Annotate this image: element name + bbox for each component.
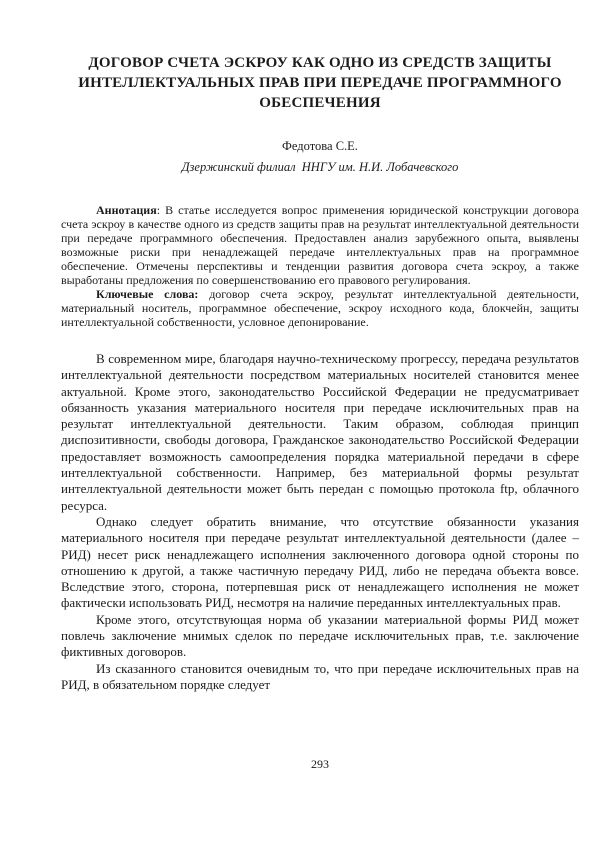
page-number: 293 [61,757,579,771]
body-paragraph: Кроме этого, отсутствующая норма об указ… [61,612,579,661]
abstract-paragraph: Аннотация: В статье исследуется вопрос п… [61,203,579,287]
body-paragraph: Однако следует обратить внимание, что от… [61,514,579,612]
article-body: В современном мире, благодаря научно-тех… [61,351,579,693]
abstract-label: Аннотация [96,203,157,217]
article-title: ДОГОВОР СЧЕТА ЭСКРОУ КАК ОДНО ИЗ СРЕДСТВ… [61,53,579,113]
author-affiliation: Дзержинский филиал ННГУ им. Н.И. Лобачев… [61,157,579,177]
document-page: ДОГОВОР СЧЕТА ЭСКРОУ КАК ОДНО ИЗ СРЕДСТВ… [0,0,595,841]
keywords-label: Ключевые слова: [96,287,198,301]
article-title-line: ИНТЕЛЛЕКТУАЛЬНЫХ ПРАВ ПРИ ПЕРЕДАЧЕ ПРОГР… [61,73,579,93]
abstract-section: Аннотация: В статье исследуется вопрос п… [61,203,579,329]
article-title-line: ДОГОВОР СЧЕТА ЭСКРОУ КАК ОДНО ИЗ СРЕДСТВ… [61,53,579,73]
body-paragraph: Из сказанного становится очевидным то, ч… [61,661,579,694]
article-title-line: ОБЕСПЕЧЕНИЯ [61,93,579,113]
author-name: Федотова С.Е. [61,136,579,156]
keywords-paragraph: Ключевые слова: договор счета эскроу, ре… [61,287,579,329]
body-paragraph: В современном мире, благодаря научно-тех… [61,351,579,514]
